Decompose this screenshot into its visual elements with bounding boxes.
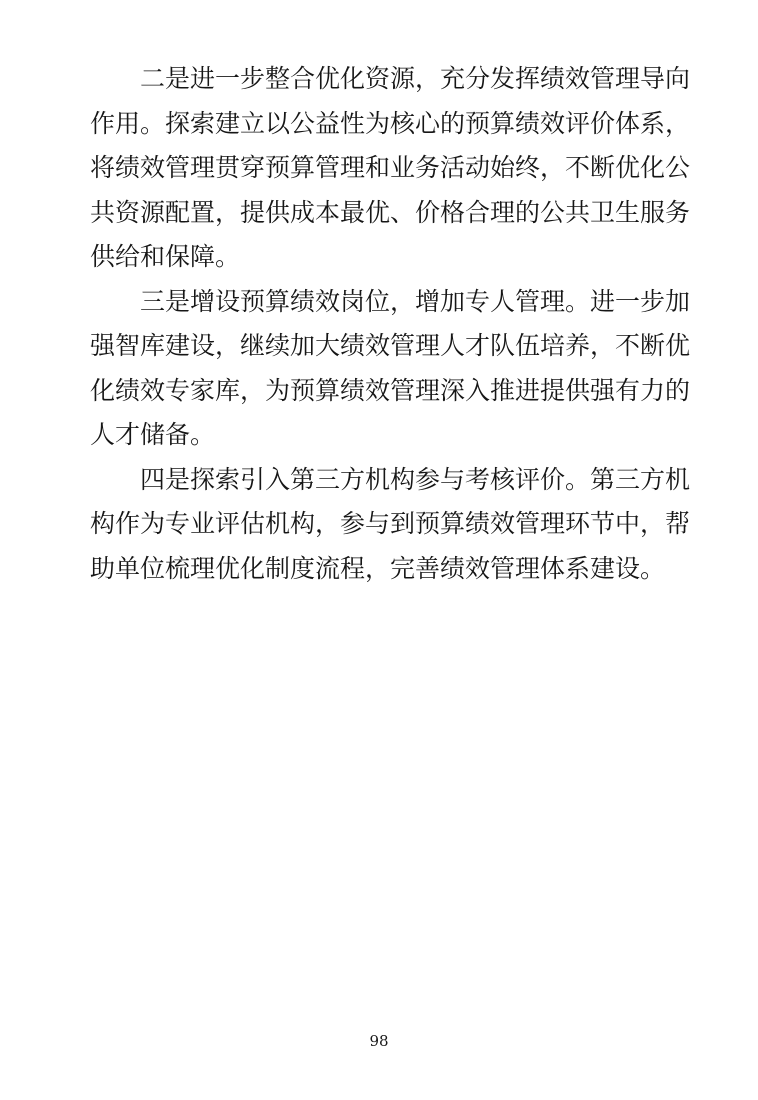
page-number: 98 — [0, 1032, 758, 1050]
paragraph-3: 四是探索引入第三方机构参与考核评价。第三方机构作为专业评估机构，参与到预算绩效管… — [90, 458, 690, 592]
paragraph-2: 三是增设预算绩效岗位，增加专人管理。进一步加强智库建设，继续加大绩效管理人才队伍… — [90, 280, 690, 458]
page-content: 二是进一步整合优化资源，充分发挥绩效管理导向作用。探索建立以公益性为核心的预算绩… — [90, 57, 690, 591]
paragraph-1: 二是进一步整合优化资源，充分发挥绩效管理导向作用。探索建立以公益性为核心的预算绩… — [90, 57, 690, 280]
document-page: 二是进一步整合优化资源，充分发挥绩效管理导向作用。探索建立以公益性为核心的预算绩… — [0, 0, 758, 1100]
